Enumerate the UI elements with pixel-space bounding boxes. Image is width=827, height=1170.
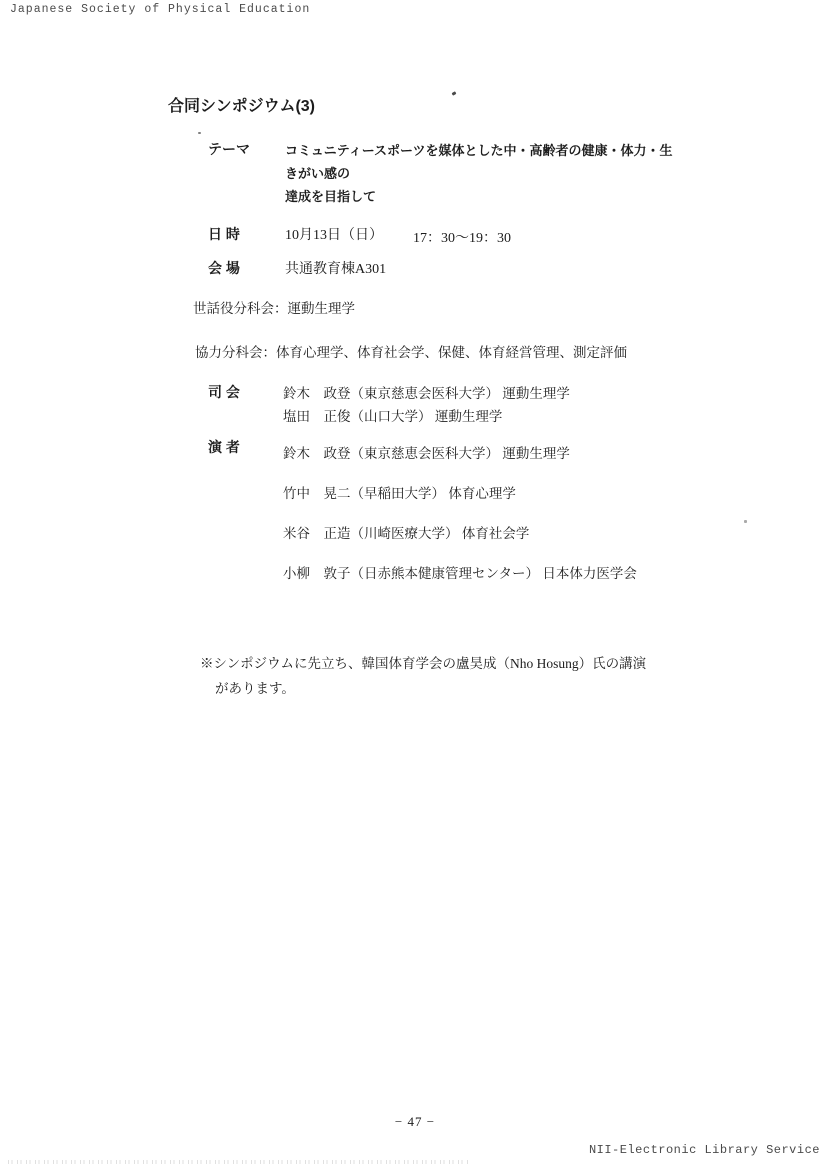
scan-speck <box>198 132 201 134</box>
chair-entry-2: 塩田 正俊（山口大学） 運動生理学 <box>283 405 502 425</box>
theme-line-3: 達成を目指して <box>285 185 665 208</box>
speaker-entry-2: 竹中 晃二（早稲田大学） 体育心理学 <box>283 482 516 502</box>
note-line-1: ※シンポジウムに先立ち、韓国体育学会の盧昊成（Nho Hosung）氏の講演 <box>200 652 646 672</box>
scan-speck <box>452 91 457 96</box>
nii-library-footer: NII-Electronic Library Service <box>540 1143 820 1157</box>
scan-noise-strip <box>8 1160 470 1164</box>
cooperating-subcommittees-line: 協力分科会：体育心理学、体育社会学、保健、体育経営管理、測定評価 <box>195 341 627 361</box>
theme-label: テーマ <box>208 139 250 159</box>
chair-entry-1: 鈴木 政登（東京慈恵会医科大学） 運動生理学 <box>283 382 570 402</box>
datetime-date: 10月13日（日） <box>285 224 383 244</box>
scanned-document-page: Japanese Society of Physical Education 合… <box>0 0 827 1170</box>
library-scan-header: Japanese Society of Physical Education <box>10 3 310 16</box>
chair-label: 司 会 <box>208 382 240 402</box>
speaker-label: 演 者 <box>208 437 240 457</box>
speaker-entry-4: 小柳 敦子（日赤熊本健康管理センター） 日本体力医学会 <box>283 562 637 582</box>
venue-label: 会 場 <box>208 258 240 278</box>
venue-value: 共通教育棟A301 <box>285 258 386 278</box>
note-line-2: があります。 <box>215 677 295 697</box>
datetime-label: 日 時 <box>208 224 240 244</box>
symposium-title: 合同シンポジウム(3) <box>168 93 315 116</box>
speaker-entry-1: 鈴木 政登（東京慈恵会医科大学） 運動生理学 <box>283 442 570 462</box>
theme-line-2: きがい感の <box>285 162 665 185</box>
datetime-time: 17：30～19：30 <box>413 227 511 247</box>
page-number: − 47 − <box>340 1114 490 1130</box>
scan-speck <box>744 520 747 523</box>
speaker-entry-3: 米谷 正造（川崎医療大学） 体育社会学 <box>283 522 529 542</box>
theme-line-1: コミュニティースポーツを媒体とした中・高齢者の健康・体力・生 <box>285 139 665 162</box>
theme-text-block: コミュニティースポーツを媒体とした中・高齢者の健康・体力・生 きがい感の 達成を… <box>285 139 665 208</box>
caretaker-subcommittee-line: 世話役分科会：運動生理学 <box>193 297 355 317</box>
